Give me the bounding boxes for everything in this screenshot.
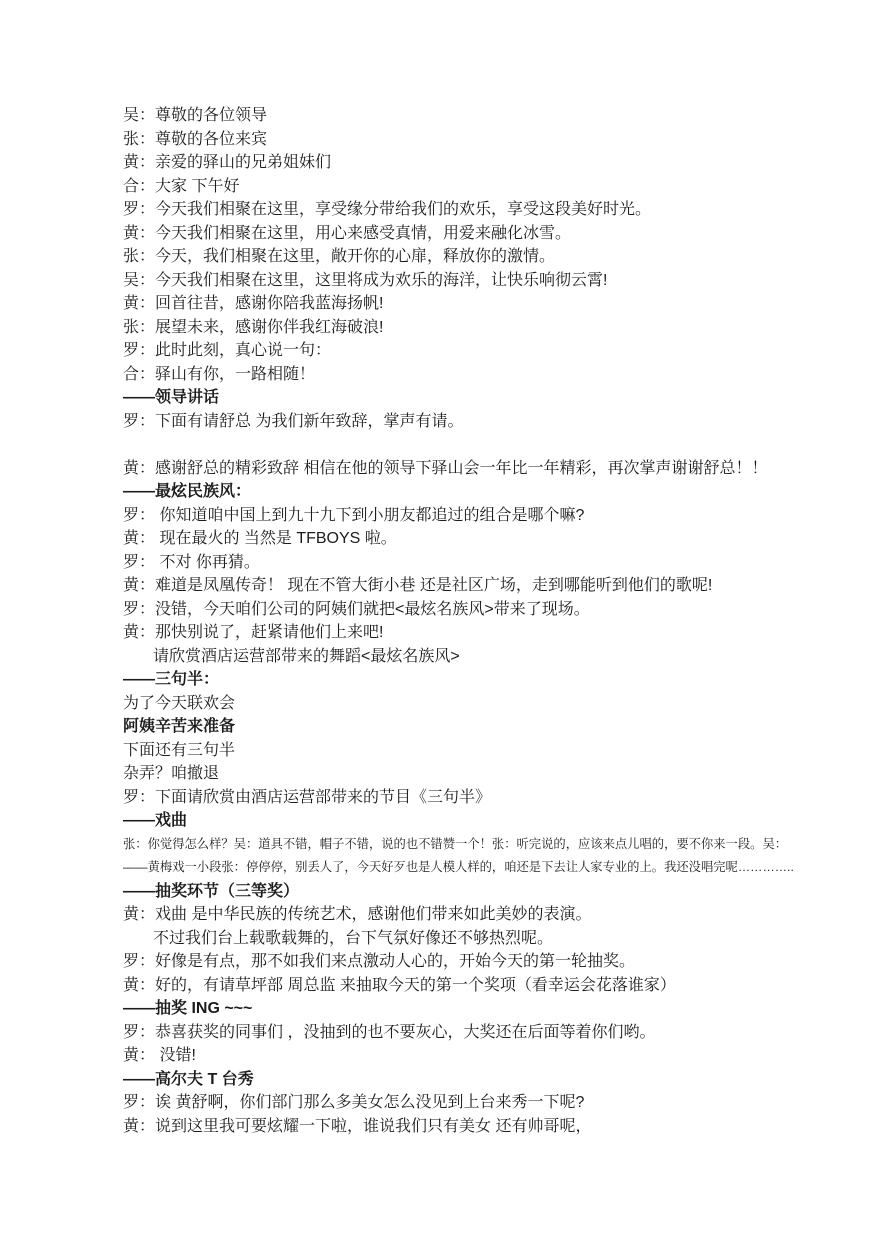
script-line: 罗：好像是有点，那不如我们来点激动人心的，开始今天的第一轮抽奖。: [123, 950, 803, 974]
script-line: 黄：那快别说了，赶紧请他们上来吧!: [123, 621, 803, 645]
script-line: 罗：下面有请舒总 为我们新年致辞，掌声有请。: [123, 410, 803, 434]
script-line: 黄：好的，有请草坪部 周总监 来抽取今天的第一个奖项（看幸运会花落谁家）: [123, 974, 803, 998]
script-line: 黄： 没错!: [123, 1044, 803, 1068]
script-line: 罗：此时此刻，真心说一句：: [123, 339, 803, 363]
script-line: 为了今天联欢会: [123, 692, 803, 716]
script-line: 吴：今天我们相聚在这里，这里将成为欢乐的海洋，让快乐响彻云霄!: [123, 269, 803, 293]
script-line: 罗：诶 黄舒啊，你们部门那么多美女怎么没见到上台来秀一下呢?: [123, 1091, 803, 1115]
section-heading: ——最炫民族风：: [123, 480, 803, 504]
section-heading: ——领导讲话: [123, 386, 803, 410]
script-line: 张：尊敬的各位来宾: [123, 128, 803, 152]
script-line: 黄：亲爱的驿山的兄弟姐妹们: [123, 151, 803, 175]
script-line: 张：你觉得怎么样？吴：道具不错，帽子不错，说的也不错赞一个！张：听完说的，应该来…: [123, 833, 803, 857]
script-line: 罗：恭喜获奖的同事们 ，没抽到的也不要灰心，大奖还在后面等着你们哟。: [123, 1021, 803, 1045]
script-line: 下面还有三句半: [123, 739, 803, 763]
script-line: 黄：感谢舒总的精彩致辞 相信在他的领导下驿山会一年比一年精彩，再次掌声谢谢舒总！…: [123, 457, 803, 481]
script-line: 杂弄？咱撤退: [123, 762, 803, 786]
section-heading: ——戏曲: [123, 809, 803, 833]
script-line: 黄：戏曲 是中华民族的传统艺术，感谢他们带来如此美妙的表演。: [123, 903, 803, 927]
section-heading: ——抽奖环节（三等奖）: [123, 880, 803, 904]
script-line: 罗：今天我们相聚在这里，享受缘分带给我们的欢乐，享受这段美好时光。: [123, 198, 803, 222]
document-page: 吴：尊敬的各位领导张：尊敬的各位来宾黄：亲爱的驿山的兄弟姐妹们合：大家 下午好罗…: [0, 0, 884, 1250]
script-line: 不过我们台上载歌载舞的，台下气氛好像还不够热烈呢。: [123, 927, 803, 951]
script-line: 黄：难道是凤凰传奇！ 现在不管大街小巷 还是社区广场，走到哪能听到他们的歌呢!: [123, 574, 803, 598]
script-line: 罗： 不对 你再猜。: [123, 551, 803, 575]
section-heading: ——抽奖 ING ~~~: [123, 997, 803, 1021]
script-line: ——黄梅戏一小段张：停停停，别丢人了，今天好歹也是人模人样的，咱还是下去让人家专…: [123, 856, 803, 880]
script-line: 黄：今天我们相聚在这里，用心来感受真情，用爱来融化冰雪。: [123, 222, 803, 246]
script-line: 罗：下面请欣赏由酒店运营部带来的节目《三句半》: [123, 786, 803, 810]
script-line: 吴：尊敬的各位领导: [123, 104, 803, 128]
script-line: 黄：回首往昔，感谢你陪我蓝海扬帆!: [123, 292, 803, 316]
script-line: 黄： 现在最火的 当然是 TFBOYS 啦。: [123, 527, 803, 551]
script-line: 请欣赏酒店运营部带来的舞蹈<最炫名族风>: [123, 645, 803, 669]
section-heading: ——高尔夫 T 台秀: [123, 1068, 803, 1092]
script-line: 张：展望未来，感谢你伴我红海破浪!: [123, 316, 803, 340]
script-line: 合：驿山有你，一路相随！: [123, 363, 803, 387]
document-body: 吴：尊敬的各位领导张：尊敬的各位来宾黄：亲爱的驿山的兄弟姐妹们合：大家 下午好罗…: [123, 104, 803, 1138]
script-line: 罗： 你知道咱中国上到九十九下到小朋友都追过的组合是哪个嘛?: [123, 504, 803, 528]
section-heading: ——三句半：: [123, 668, 803, 692]
script-line: 合：大家 下午好: [123, 175, 803, 199]
blank-line: [123, 433, 803, 457]
script-line: 张：今天，我们相聚在这里，敞开你的心扉，释放你的激情。: [123, 245, 803, 269]
script-line: 阿姨辛苦来准备: [123, 715, 803, 739]
script-line: 黄：说到这里我可要炫耀一下啦，谁说我们只有美女 还有帅哥呢，: [123, 1115, 803, 1139]
script-line: 罗：没错，今天咱们公司的阿姨们就把<最炫名族风>带来了现场。: [123, 598, 803, 622]
